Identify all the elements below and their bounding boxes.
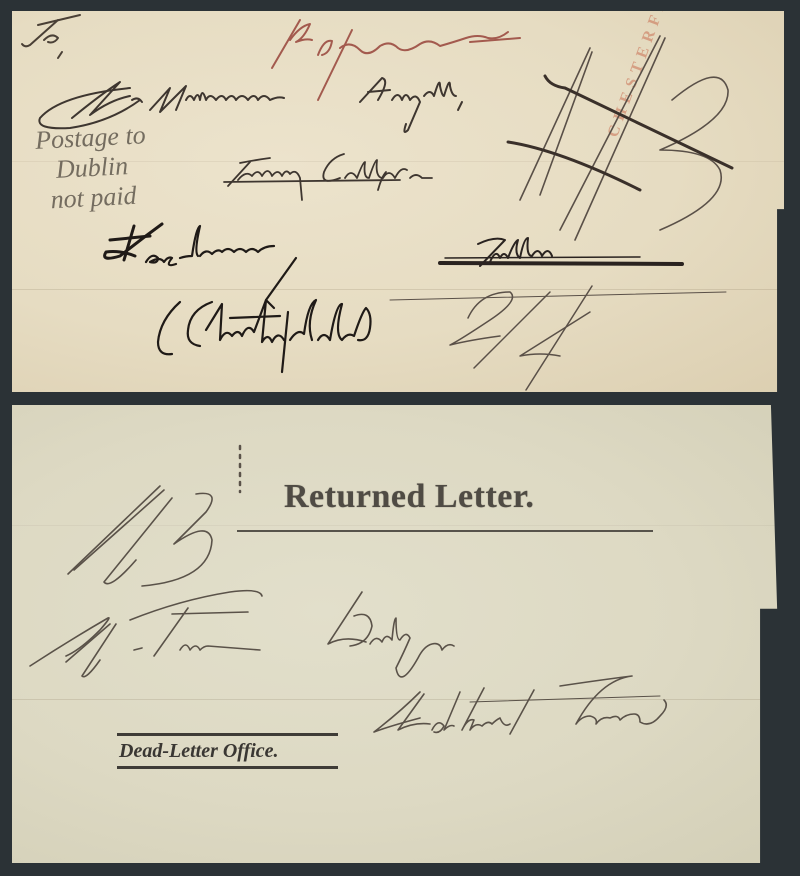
charge-upper-ink xyxy=(520,36,728,240)
forwarding-academy-ink xyxy=(105,224,162,260)
addressee-ink xyxy=(39,78,462,132)
forwarding-academy-ink xyxy=(146,226,296,308)
struck-address-ink xyxy=(224,154,432,200)
forwarding-chesterfield-ink xyxy=(158,300,371,372)
struck-city-ink xyxy=(440,238,682,266)
charge-slash-ink xyxy=(508,76,732,190)
bottom-charge-ink xyxy=(68,446,240,586)
salutation-ink xyxy=(22,15,80,58)
bottom-addressee-ink xyxy=(30,591,454,677)
handwriting-ink-layer xyxy=(0,0,800,876)
charge-lower-ink xyxy=(390,286,726,390)
bottom-town-ink xyxy=(374,676,666,734)
refused-ink xyxy=(272,20,520,100)
